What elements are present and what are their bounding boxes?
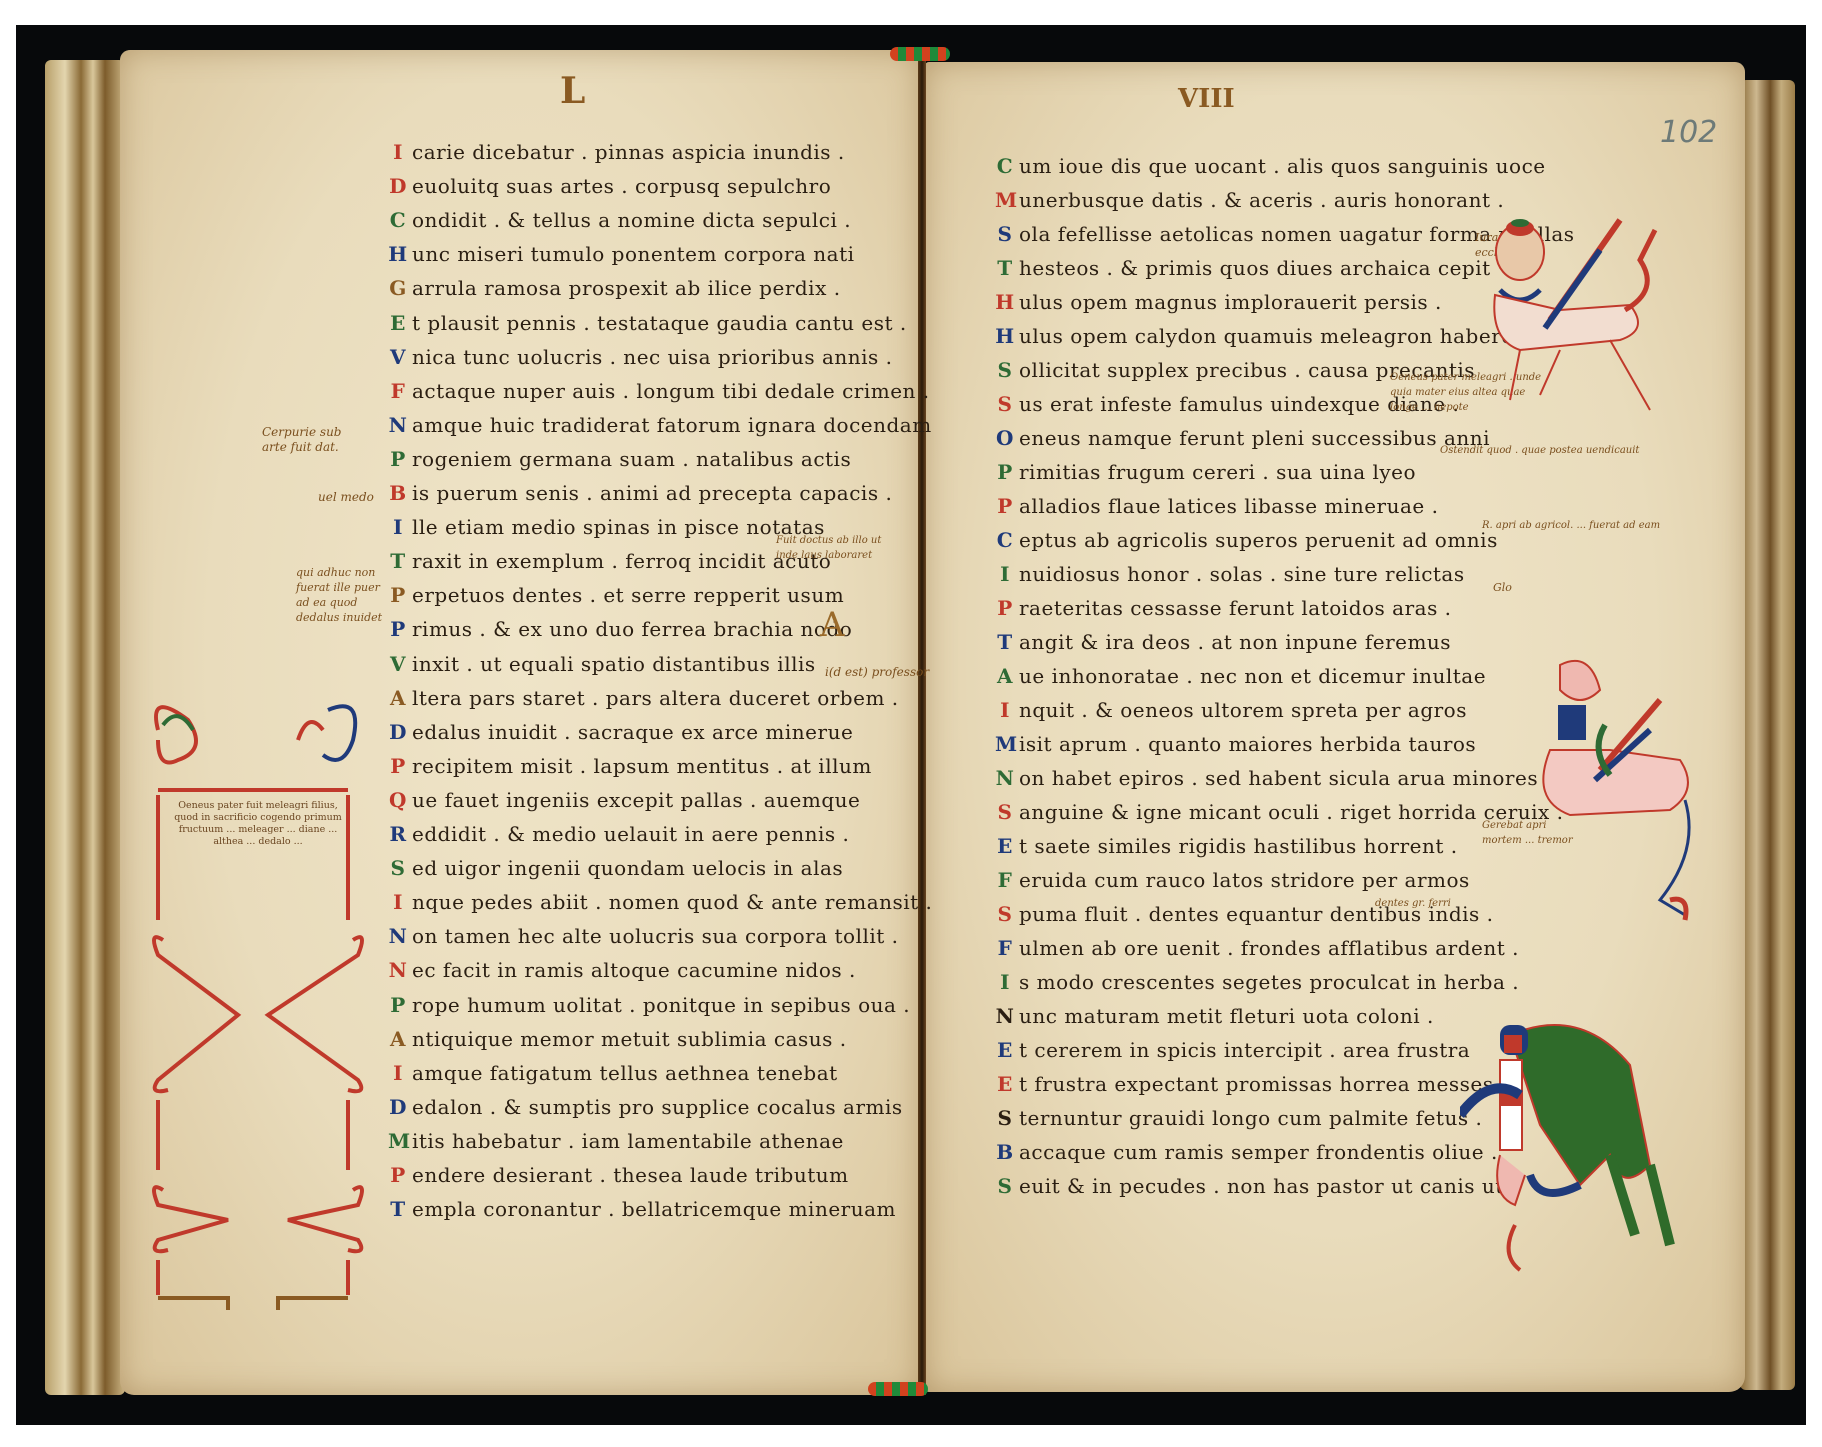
colored-initial: O: [995, 426, 1015, 450]
colored-initial: S: [995, 902, 1015, 926]
margin-note: uel medo: [318, 490, 374, 505]
colored-initial: T: [388, 1197, 408, 1221]
colored-initial: P: [388, 754, 408, 778]
decorated-commentary-panel: Oeneus pater fuit meleagri filius, quod …: [148, 700, 368, 1310]
colored-initial: Q: [388, 788, 408, 812]
verse-text: alladios flaue latices libasse mineruae …: [1019, 494, 1438, 518]
colored-initial: H: [388, 242, 408, 266]
colored-initial: P: [388, 583, 408, 607]
margin-note: Fuit doctus ab illo ut inde laus laborar…: [776, 533, 896, 563]
verse-text: t frustra expectant promissas horrea mes…: [1019, 1072, 1507, 1096]
verse-text: rogeniem germana suam . natalibus actis: [412, 447, 851, 471]
verse-text: rimitias frugum cereri . sua uina lyeo: [1019, 460, 1416, 484]
verse-text: rimus . & ex uno duo ferrea brachia nodo: [412, 617, 852, 641]
verse-line: Hulus opem magnus implorauerit persis .: [995, 290, 1442, 314]
verse-text: unc maturam metit fleturi uota coloni .: [1019, 1004, 1434, 1028]
verse-line: Tangit & ira deos . at non inpune feremu…: [995, 630, 1451, 654]
verse-text: nque pedes abiit . nomen quod & ante rem…: [412, 890, 932, 914]
colored-initial: B: [388, 481, 408, 505]
verse-line: Et saete similes rigidis hastilibus horr…: [995, 834, 1458, 858]
verse-line: Hulus opem calydon quamuis meleagron hab…: [995, 324, 1522, 348]
verse-line: Inquit . & oeneos ultorem spreta per agr…: [995, 698, 1467, 722]
verse-text: unerbusque datis . & aceris . auris hono…: [1019, 188, 1504, 212]
verse-text: nquit . & oeneos ultorem spreta per agro…: [1019, 698, 1467, 722]
verse-text: ondidit . & tellus a nomine dicta sepulc…: [412, 208, 851, 232]
colored-initial: P: [388, 617, 408, 641]
colored-initial: C: [388, 208, 408, 232]
verse-line: Palladios flaue latices libasse mineruae…: [995, 494, 1438, 518]
verse-text: nica tunc uolucris . nec uisa prioribus …: [412, 345, 893, 369]
verse-line: Primus . & ex uno duo ferrea brachia nod…: [388, 617, 852, 641]
colored-initial: I: [995, 698, 1015, 722]
verse-line: Thesteos . & primis quos diues archaica …: [995, 256, 1491, 280]
verse-text: edalus inuidit . sacraque ex arce mineru…: [412, 720, 853, 744]
verse-line: Munerbusque datis . & aceris . auris hon…: [995, 188, 1504, 212]
margin-note: Glo: [1493, 580, 1512, 595]
verse-line: Is modo crescentes segetes proculcat in …: [995, 970, 1519, 994]
colored-initial: N: [388, 924, 408, 948]
verse-line: Nec facit in ramis altoque cacumine nido…: [388, 958, 856, 982]
verse-line: Ceptus ab agricolis superos peruenit ad …: [995, 528, 1498, 552]
verse-line: Sed uigor ingenii quondam uelocis in ala…: [388, 856, 843, 880]
verse-text: inxit . ut equali spatio distantibus ill…: [412, 652, 816, 676]
verse-text: rope humum uolitat . ponitque in sepibus…: [412, 993, 910, 1017]
colored-initial: A: [388, 1027, 408, 1051]
colored-initial: I: [388, 890, 408, 914]
colored-initial: I: [388, 515, 408, 539]
verse-text: angit & ira deos . at non inpune feremus: [1019, 630, 1451, 654]
colored-initial: V: [388, 345, 408, 369]
verse-text: t saete similes rigidis hastilibus horre…: [1019, 834, 1458, 858]
colored-initial: P: [995, 460, 1015, 484]
colored-initial: H: [995, 290, 1015, 314]
verse-line: Mitis habebatur . iam lamentabile athena…: [388, 1129, 844, 1153]
verse-line: Oeneus namque ferunt pleni successibus a…: [995, 426, 1490, 450]
verse-line: Que fauet ingeniis excepit pallas . auem…: [388, 788, 860, 812]
verse-line: Seuit & in pecudes . non has pastor ut c…: [995, 1174, 1504, 1198]
verse-line: Pendere desierant . thesea laude tributu…: [388, 1163, 849, 1187]
verse-line: Sternuntur grauidi longo cum palmite fet…: [995, 1106, 1482, 1130]
verse-line: Et frustra expectant promissas horrea me…: [995, 1072, 1507, 1096]
book-gutter: [918, 55, 926, 1395]
verse-text: ue fauet ingeniis excepit pallas . auemq…: [412, 788, 860, 812]
verse-text: on habet epiros . sed habent sicula arua…: [1019, 766, 1552, 790]
colored-initial: M: [388, 1129, 408, 1153]
headband-bottom: [868, 1382, 928, 1396]
verse-text: recipitem misit . lapsum mentitus . at i…: [412, 754, 872, 778]
colored-initial: S: [995, 222, 1015, 246]
colored-initial: V: [388, 652, 408, 676]
verse-line: Garrula ramosa prospexit ab ilice perdix…: [388, 276, 841, 300]
verse-line: Antiquique memor metuit sublimia casus .: [388, 1027, 847, 1051]
verse-line: Inque pedes abiit . nomen quod & ante re…: [388, 890, 932, 914]
verse-line: Inuidiosus honor . solas . sine ture rel…: [995, 562, 1465, 586]
verse-line: Condidit . & tellus a nomine dicta sepul…: [388, 208, 851, 232]
verse-text: ec facit in ramis altoque cacumine nidos…: [412, 958, 856, 982]
verse-text: on tamen hec alte uolucris sua corpora t…: [412, 924, 899, 948]
colored-initial: B: [995, 1140, 1015, 1164]
verse-text: raeteritas cessasse ferunt latoidos aras…: [1019, 596, 1452, 620]
verse-text: t cererem in spicis intercipit . area fr…: [1019, 1038, 1470, 1062]
verse-line: Non tamen hec alte uolucris sua corpora …: [388, 924, 899, 948]
colored-initial: N: [995, 1004, 1015, 1028]
colored-initial: A: [995, 664, 1015, 688]
verse-text: ulmen ab ore uenit . frondes afflatibus …: [1019, 936, 1519, 960]
green-beast-illustration-icon: [1460, 1005, 1700, 1285]
colored-initial: P: [388, 993, 408, 1017]
margin-note: qui adhuc non fuerat ille puer ad ea quo…: [296, 565, 386, 625]
verse-text: eptus ab agricolis superos peruenit ad o…: [1019, 528, 1498, 552]
verse-text: eddidit . & medio uelauit in aere pennis…: [412, 822, 849, 846]
verse-text: ulus opem magnus implorauerit persis .: [1019, 290, 1442, 314]
left-page-edges: [45, 60, 125, 1395]
colored-initial: C: [995, 154, 1015, 178]
verse-line: Fulmen ab ore uenit . frondes afflatibus…: [995, 936, 1519, 960]
colored-initial: D: [388, 1095, 408, 1119]
verse-text: eneus namque ferunt pleni successibus an…: [1019, 426, 1490, 450]
colored-initial: N: [995, 766, 1015, 790]
verse-line: Primitias frugum cereri . sua uina lyeo: [995, 460, 1416, 484]
margin-note: Ostendit quod . quae postea uendicauit: [1440, 443, 1680, 458]
margin-note: R. apri ab agricol. ... fuerat ad eam: [1482, 518, 1682, 533]
verse-text: nuidiosus honor . solas . sine ture reli…: [1019, 562, 1465, 586]
colored-initial: E: [995, 1072, 1015, 1096]
verse-line: Bis puerum senis . animi ad precepta cap…: [388, 481, 892, 505]
verse-line: Icarie dicebatur . pinnas aspicia inundi…: [388, 140, 845, 164]
colored-initial: P: [388, 1163, 408, 1187]
verse-line: Altera pars staret . pars altera duceret…: [388, 686, 899, 710]
verse-line: Praeteritas cessasse ferunt latoidos ara…: [995, 596, 1452, 620]
verse-text: isit aprum . quanto maiores herbida taur…: [1019, 732, 1476, 756]
verse-line: Non habet epiros . sed habent sicula aru…: [995, 766, 1552, 790]
verse-line: Sanguine & igne micant oculi . riget hor…: [995, 800, 1564, 824]
colored-initial: F: [995, 868, 1015, 892]
colored-initial: T: [995, 630, 1015, 654]
verse-text: actaque nuper auis . longum tibi dedale …: [412, 379, 930, 403]
panel-commentary-text: Oeneus pater fuit meleagri filius, quod …: [168, 800, 348, 848]
verse-line: Hunc miseri tumulo ponentem corpora nati: [388, 242, 855, 266]
verse-line: Prope humum uolitat . ponitque in sepibu…: [388, 993, 910, 1017]
colored-initial: T: [995, 256, 1015, 280]
colored-initial: N: [388, 958, 408, 982]
colored-initial: H: [995, 324, 1015, 348]
colored-initial: S: [995, 392, 1015, 416]
verse-text: hesteos . & primis quos diues archaica c…: [1019, 256, 1491, 280]
colored-initial: I: [388, 140, 408, 164]
verse-line: Reddidit . & medio uelauit in aere penni…: [388, 822, 849, 846]
verse-text: s modo crescentes segetes proculcat in h…: [1019, 970, 1519, 994]
verse-text: um ioue dis que uocant . alis quos sangu…: [1019, 154, 1546, 178]
verse-text: erpetuos dentes . et serre repperit usum: [412, 583, 844, 607]
verse-text: ulus opem calydon quamuis meleagron habe…: [1019, 324, 1522, 348]
colored-initial: E: [995, 1038, 1015, 1062]
verse-text: ntiquique memor metuit sublimia casus .: [412, 1027, 847, 1051]
verse-text: unc miseri tumulo ponentem corpora nati: [412, 242, 855, 266]
verse-text: raxit in exemplum . ferroq incidit acuto: [412, 549, 831, 573]
verse-line: Baccaque cum ramis semper frondentis oli…: [995, 1140, 1498, 1164]
verse-line: Precipitem misit . lapsum mentitus . at …: [388, 754, 872, 778]
verse-text: lle etiam medio spinas in pisce notatas: [412, 515, 825, 539]
colored-initial: R: [388, 822, 408, 846]
verse-text: amque huic tradiderat fatorum ignara doc…: [412, 413, 932, 437]
verse-line: Cum ioue dis que uocant . alis quos sang…: [995, 154, 1546, 178]
colored-initial: I: [995, 970, 1015, 994]
verse-text: endere desierant . thesea laude tributum: [412, 1163, 849, 1187]
colored-initial: M: [995, 732, 1015, 756]
griffin-illustration-icon: [1500, 650, 1710, 930]
verse-line: Factaque nuper auis . longum tibi dedale…: [388, 379, 930, 403]
folio-number: 102: [1660, 115, 1717, 150]
verse-line: Vinxit . ut equali spatio distantibus il…: [388, 652, 816, 676]
verse-text: ternuntur grauidi longo cum palmite fetu…: [1019, 1106, 1482, 1130]
verse-text: edalon . & sumptis pro supplice cocalus …: [412, 1095, 903, 1119]
sphinx-illustration-icon: [1450, 210, 1710, 430]
colored-initial: C: [995, 528, 1015, 552]
colored-initial: P: [995, 596, 1015, 620]
verse-text: empla coronantur . bellatricemque mineru…: [412, 1197, 896, 1221]
margin-note: Cerpurie sub arte fuit dat.: [262, 425, 362, 455]
panel-frame-icon: [148, 700, 368, 1310]
right-running-head: VIII: [1178, 84, 1235, 114]
verse-line: Iamque fatigatum tellus aethnea tenebat: [388, 1061, 838, 1085]
margin-note: A: [820, 618, 845, 633]
colored-initial: M: [995, 188, 1015, 212]
verse-line: Progeniem germana suam . natalibus actis: [388, 447, 851, 471]
colored-initial: S: [995, 1106, 1015, 1130]
verse-line: Namque huic tradiderat fatorum ignara do…: [388, 413, 932, 437]
verse-line: Misit aprum . quanto maiores herbida tau…: [995, 732, 1476, 756]
left-running-head: L: [560, 70, 585, 112]
verse-line: Et plausit pennis . testataque gaudia ca…: [388, 311, 907, 335]
verse-text: amque fatigatum tellus aethnea tenebat: [412, 1061, 838, 1085]
margin-note: dentes gr. ferri: [1375, 896, 1451, 911]
colored-initial: N: [388, 413, 408, 437]
verse-line: Dedalon . & sumptis pro supplice cocalus…: [388, 1095, 903, 1119]
verse-line: Aue inhonoratae . nec non et dicemur inu…: [995, 664, 1486, 688]
verse-text: is puerum senis . animi ad precepta capa…: [412, 481, 892, 505]
verse-line: Feruida cum rauco latos stridore per arm…: [995, 868, 1470, 892]
verse-line: Deuoluitq suas artes . corpusq sepulchro: [388, 174, 831, 198]
verse-text: carie dicebatur . pinnas aspicia inundis…: [412, 140, 845, 164]
colored-initial: D: [388, 720, 408, 744]
colored-initial: S: [995, 358, 1015, 382]
colored-initial: F: [995, 936, 1015, 960]
verse-text: accaque cum ramis semper frondentis oliu…: [1019, 1140, 1498, 1164]
colored-initial: E: [388, 311, 408, 335]
colored-initial: E: [995, 834, 1015, 858]
margin-note: i(d est) professor: [825, 665, 929, 680]
colored-initial: F: [388, 379, 408, 403]
verse-text: ed uigor ingenii quondam uelocis in alas: [412, 856, 843, 880]
verse-line: Templa coronantur . bellatricemque miner…: [388, 1197, 896, 1221]
colored-initial: A: [388, 686, 408, 710]
headband-top: [890, 47, 950, 61]
colored-initial: D: [388, 174, 408, 198]
colored-initial: S: [995, 800, 1015, 824]
verse-text: itis habebatur . iam lamentabile athenae: [412, 1129, 844, 1153]
verse-text: euoluitq suas artes . corpusq sepulchro: [412, 174, 831, 198]
right-page-edges: [1740, 80, 1795, 1390]
colored-initial: I: [995, 562, 1015, 586]
colored-initial: I: [388, 1061, 408, 1085]
verse-line: Ille etiam medio spinas in pisce notatas: [388, 515, 825, 539]
verse-line: Perpetuos dentes . et serre repperit usu…: [388, 583, 844, 607]
verse-text: arrula ramosa prospexit ab ilice perdix …: [412, 276, 841, 300]
colored-initial: S: [388, 856, 408, 880]
verse-text: ue inhonoratae . nec non et dicemur inul…: [1019, 664, 1486, 688]
colored-initial: S: [995, 1174, 1015, 1198]
verse-text: ltera pars staret . pars altera duceret …: [412, 686, 899, 710]
verse-line: Nunc maturam metit fleturi uota coloni .: [995, 1004, 1434, 1028]
verse-text: euit & in pecudes . non has pastor ut ca…: [1019, 1174, 1504, 1198]
verse-line: Vnica tunc uolucris . nec uisa prioribus…: [388, 345, 893, 369]
verse-line: Dedalus inuidit . sacraque ex arce miner…: [388, 720, 853, 744]
colored-initial: T: [388, 549, 408, 573]
verse-line: Traxit in exemplum . ferroq incidit acut…: [388, 549, 831, 573]
verse-text: eruida cum rauco latos stridore per armo…: [1019, 868, 1470, 892]
verse-text: t plausit pennis . testataque gaudia can…: [412, 311, 907, 335]
colored-initial: P: [388, 447, 408, 471]
colored-initial: P: [995, 494, 1015, 518]
verse-line: Et cererem in spicis intercipit . area f…: [995, 1038, 1470, 1062]
colored-initial: G: [388, 276, 408, 300]
